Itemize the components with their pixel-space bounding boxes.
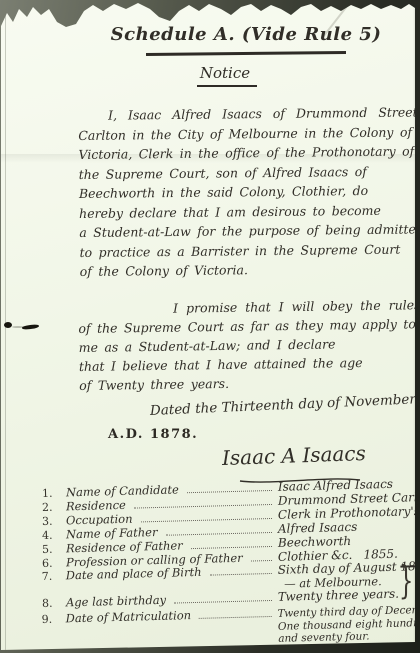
row-number: 2.: [42, 500, 66, 514]
row-label: Age last birthday: [66, 593, 166, 610]
document-paper: Schedule A. (Vide Rule 5) Notice I, Isaa…: [0, 0, 420, 653]
heading-underline: [146, 51, 346, 56]
promise-paragraph: I promise that I will obey the rules of …: [78, 295, 415, 395]
ink-blot: [4, 322, 12, 328]
dotted-leader: [187, 490, 272, 493]
promise-line: of Twenty three years.: [79, 371, 415, 395]
answer-line-3: and seventy four.: [278, 629, 412, 645]
dotted-leader: [199, 616, 272, 619]
dotted-leader: [251, 560, 272, 562]
notice-underline: [197, 85, 257, 87]
row-number: 3.: [42, 514, 66, 528]
row-answer: Twenty third day of December One thousan…: [277, 604, 412, 645]
row-number: 7.: [42, 569, 66, 583]
dotted-leader: [210, 573, 272, 576]
dated-line: Dated the Thirteenth day of November: [150, 391, 417, 419]
row-number: 1.: [42, 486, 66, 500]
row-label: Date of Matriculation: [65, 608, 191, 625]
dotted-leader: [166, 532, 272, 536]
schedule-heading: Schedule A. (Vide Rule 5): [90, 24, 402, 45]
ink-blot: [22, 324, 39, 330]
declaration-paragraph: I, Isaac Alfred Isaacs of Drummond Stree…: [78, 102, 416, 281]
row-number: 8.: [42, 596, 66, 610]
photo-background: Schedule A. (Vide Rule 5) Notice I, Isaa…: [0, 0, 420, 653]
dotted-leader: [174, 600, 272, 604]
row-number: 5.: [42, 542, 66, 556]
row-number: 4.: [42, 528, 66, 542]
row-number: 9.: [42, 612, 66, 626]
declaration-line: to practice as a Barrister in the Suprem…: [79, 239, 415, 262]
row-label: Date and place of Birth: [66, 565, 202, 583]
detail-row-matriculation: 9. Date of Matriculation Twenty third da…: [41, 602, 412, 651]
notice-heading: Notice: [30, 64, 420, 82]
dotted-leader: [191, 546, 272, 549]
signature: Isaac A Isaacs: [222, 441, 367, 470]
dated-year: A.D. 1878.: [108, 427, 198, 442]
declaration-line: of the Colony of Victoria.: [80, 258, 416, 281]
row-answer: Twenty three years.: [278, 586, 412, 604]
